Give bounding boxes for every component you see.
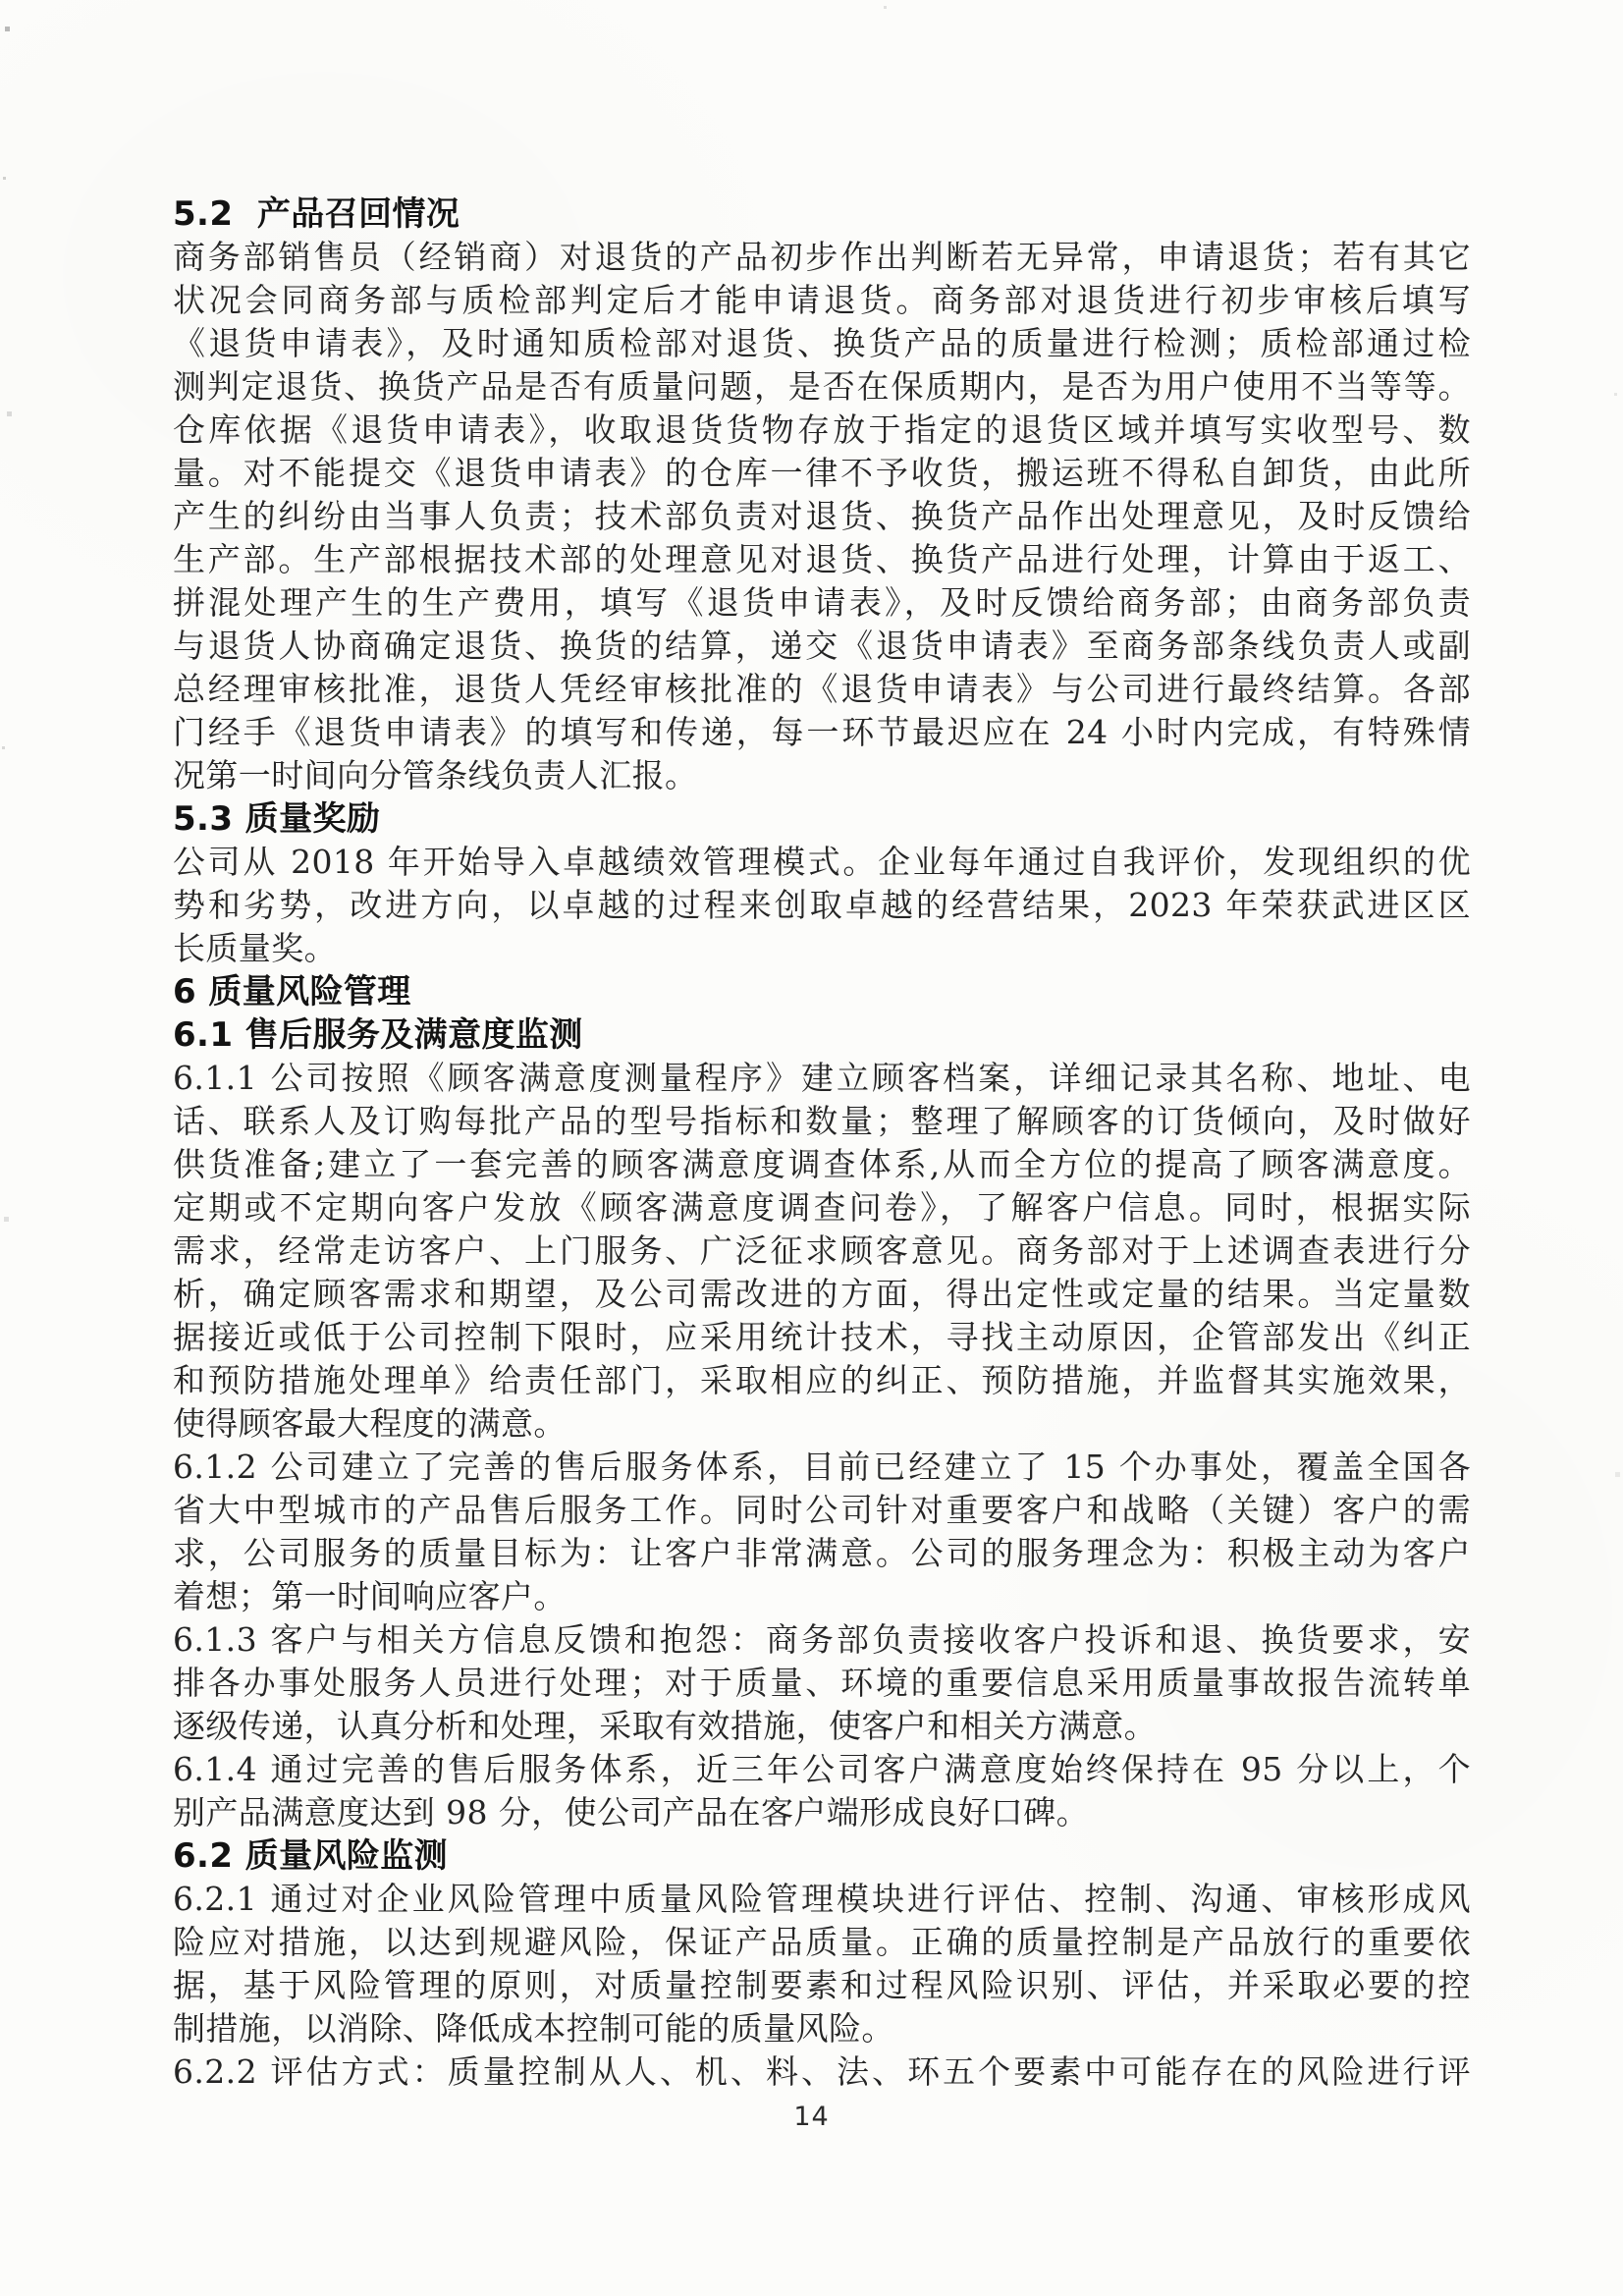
text-line: 6.1.3 客户与相关方信息反馈和抱怨：商务部负责接收客户投诉和退、换货要求，安 <box>173 1618 1471 1662</box>
text-line: 定期或不定期向客户发放《顾客满意度调查问卷》，了解客户信息。同时，根据实际 <box>173 1186 1471 1230</box>
text-line: 商务部销售员（经销商）对退货的产品初步作出判断若无异常，申请退货；若有其它 <box>173 236 1471 279</box>
text-line: 长质量奖。 <box>173 927 1471 970</box>
text-line: 6.1.4 通过完善的售后服务体系，近三年公司客户满意度始终保持在 95 分以上… <box>173 1748 1471 1791</box>
text-line: 别产品满意度达到 98 分，使公司产品在客户端形成良好口碑。 <box>173 1791 1471 1834</box>
text-line: 产生的纠纷由当事人负责；技术部负责对退货、换货产品作出处理意见，及时反馈给 <box>173 495 1471 538</box>
section-heading: 5.2 产品召回情况 <box>173 192 1471 236</box>
text-line: 门经手《退货申请表》的填写和传递，每一环节最迟应在 24 小时内完成，有特殊情 <box>173 711 1471 754</box>
text-line: 状况会同商务部与质检部判定后才能申请退货。商务部对退货进行初步审核后填写 <box>173 279 1471 322</box>
text-line: 排各办事处服务人员进行处理；对于质量、环境的重要信息采用质量事故报告流转单 <box>173 1662 1471 1705</box>
text-line: 需求，经常走访客户、上门服务、广泛征求顾客意见。商务部对于上述调查表进行分 <box>173 1230 1471 1273</box>
text-line: 求，公司服务的质量目标为：让客户非常满意。公司的服务理念为：积极主动为客户 <box>173 1532 1471 1575</box>
section-heading: 6.1 售后服务及满意度监测 <box>173 1013 1471 1057</box>
text-line: 况第一时间向分管条线负责人汇报。 <box>173 754 1471 797</box>
text-line: 量。对不能提交《退货申请表》的仓库一律不予收货，搬运班不得私自卸货，由此所 <box>173 452 1471 495</box>
text-line: 6.2.2 评估方式：质量控制从人、机、料、法、环五个要素中可能存在的风险进行评 <box>173 2050 1471 2094</box>
text-line: 和预防措施处理单》给责任部门，采取相应的纠正、预防措施，并监督其实施效果， <box>173 1359 1471 1402</box>
scanned-document-page: 5.2 产品召回情况商务部销售员（经销商）对退货的产品初步作出判断若无异常，申请… <box>0 0 1623 2296</box>
text-line: 话、联系人及订购每批产品的型号指标和数量；整理了解顾客的订货倾向，及时做好 <box>173 1100 1471 1143</box>
text-line: 生产部。生产部根据技术部的处理意见对退货、换货产品进行处理，计算由于返工、 <box>173 538 1471 581</box>
text-line: 6.1.2 公司建立了完善的售后服务体系，目前已经建立了 15 个办事处，覆盖全… <box>173 1446 1471 1489</box>
text-line: 供货准备;建立了一套完善的顾客满意度调查体系,从而全方位的提高了顾客满意度。 <box>173 1143 1471 1186</box>
text-line: 《退货申请表》，及时通知质检部对退货、换货产品的质量进行检测；质检部通过检 <box>173 322 1471 365</box>
text-line: 使得顾客最大程度的满意。 <box>173 1402 1471 1446</box>
text-line: 据，基于风险管理的原则，对质量控制要素和过程风险识别、评估，并采取必要的控 <box>173 1964 1471 2007</box>
text-line: 省大中型城市的产品售后服务工作。同时公司针对重要客户和战略（关键）客户的需 <box>173 1489 1471 1532</box>
text-line: 险应对措施，以达到规避风险，保证产品质量。正确的质量控制是产品放行的重要依 <box>173 1921 1471 1964</box>
text-line: 测判定退货、换货产品是否有质量问题，是否在保质期内，是否为用户使用不当等等。 <box>173 365 1471 409</box>
section-heading: 5.3 质量奖励 <box>173 797 1471 841</box>
text-line: 与退货人协商确定退货、换货的结算，递交《退货申请表》至商务部条线负责人或副 <box>173 625 1471 668</box>
text-line: 逐级传递，认真分析和处理，采取有效措施，使客户和相关方满意。 <box>173 1705 1471 1748</box>
text-line: 总经理审核批准，退货人凭经审核批准的《退货申请表》与公司进行最终结算。各部 <box>173 668 1471 711</box>
section-heading: 6.2 质量风险监测 <box>173 1834 1471 1878</box>
text-line: 6.2.1 通过对企业风险管理中质量风险管理模块进行评估、控制、沟通、审核形成风 <box>173 1878 1471 1921</box>
page-number: 14 <box>0 2102 1623 2132</box>
text-line: 6.1.1 公司按照《顾客满意度测量程序》建立顾客档案，详细记录其名称、地址、电 <box>173 1057 1471 1100</box>
text-line: 仓库依据《退货申请表》，收取退货货物存放于指定的退货区域并填写实收型号、数 <box>173 409 1471 452</box>
text-line: 制措施，以消除、降低成本控制可能的质量风险。 <box>173 2007 1471 2050</box>
text-line: 公司从 2018 年开始导入卓越绩效管理模式。企业每年通过自我评价，发现组织的优 <box>173 841 1471 884</box>
text-line: 拼混处理产生的生产费用，填写《退货申请表》，及时反馈给商务部；由商务部负责 <box>173 581 1471 625</box>
text-line: 据接近或低于公司控制下限时，应采用统计技术，寻找主动原因，企管部发出《纠正 <box>173 1316 1471 1359</box>
section-heading: 6 质量风险管理 <box>173 970 1471 1013</box>
text-line: 析，确定顾客需求和期望，及公司需改进的方面，得出定性或定量的结果。当定量数 <box>173 1273 1471 1316</box>
text-line: 势和劣势，改进方向，以卓越的过程来创取卓越的经营结果，2023 年荣获武进区区 <box>173 884 1471 927</box>
document-body: 5.2 产品召回情况商务部销售员（经销商）对退货的产品初步作出判断若无异常，申请… <box>173 192 1471 2094</box>
text-line: 着想；第一时间响应客户。 <box>173 1575 1471 1618</box>
scan-noise-specks <box>0 0 3 3</box>
